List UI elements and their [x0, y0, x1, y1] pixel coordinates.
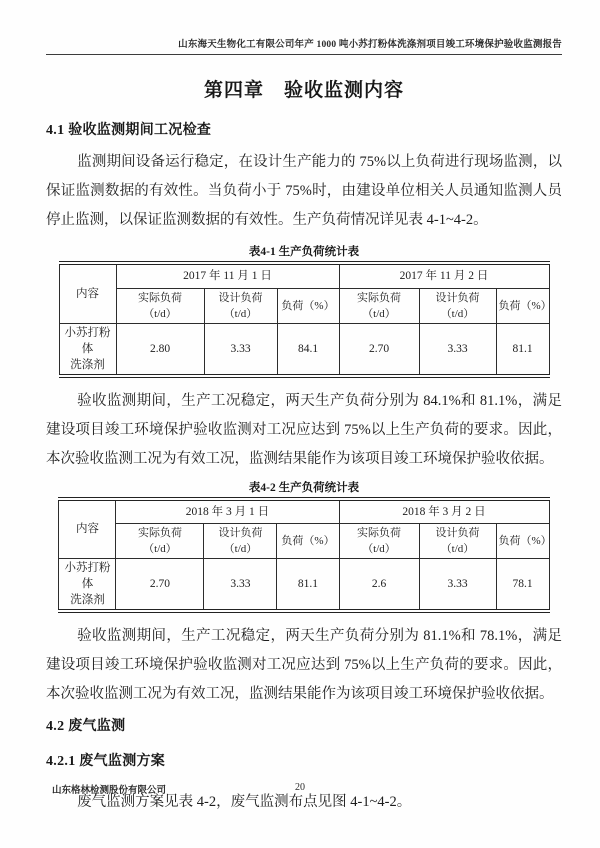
running-header-text: 山东海天生物化工有限公司年产 1000 吨小苏打粉体洗涤剂项目竣工环境保护验收监…: [178, 40, 562, 50]
table-row: 小苏打粉体 洗涤剂 2.70 3.33 81.1 2.6 3.33 78.1: [59, 559, 549, 612]
page-header: 山东海天生物化工有限公司年产 1000 吨小苏打粉体洗涤剂项目竣工环境保护验收监…: [46, 0, 562, 55]
table-row: 实际负荷 （t/d） 设计负荷 （t/d） 负荷（%） 实际负荷 （t/d） 设…: [59, 524, 549, 559]
cell-value: 2.6: [339, 559, 419, 612]
col-header-load-percent: 负荷（%）: [277, 524, 339, 559]
cell-value: 81.1: [496, 323, 549, 376]
row-label: 小苏打粉体 洗涤剂: [59, 559, 116, 612]
cell-value: 3.33: [419, 559, 496, 612]
table-4-1-caption: 表4-1 生产负荷统计表: [46, 243, 562, 259]
chapter-title: 第四章 验收监测内容: [46, 75, 562, 102]
date-group-header: 2017 年 11 月 1 日: [116, 263, 339, 288]
section-4-2-1-heading: 4.2.1 废气监测方案: [46, 750, 562, 770]
col-header-actual-load: 实际负荷 （t/d）: [339, 524, 419, 559]
cell-value: 3.33: [204, 559, 277, 612]
paragraph-load-conclusion-2018: 验收监测期间，生产工况稳定，两天生产负荷分别为 81.1%和 78.1%，满足建…: [46, 622, 562, 709]
col-header-design-load: 设计负荷 （t/d）: [204, 524, 277, 559]
page-footer: 山东格林检测股份有限公司 20: [0, 782, 600, 798]
date-group-header: 2018 年 3 月 2 日: [339, 499, 549, 524]
paragraph-load-conclusion-2017: 验收监测期间，生产工况稳定，两天生产负荷分别为 84.1%和 81.1%，满足建…: [46, 387, 562, 474]
table-row: 内容 2017 年 11 月 1 日 2017 年 11 月 2 日: [59, 263, 549, 288]
col-header-actual-load: 实际负荷 （t/d）: [339, 288, 419, 323]
section-4-1-heading: 4.1 验收监测期间工况检查: [46, 119, 562, 139]
cell-value: 2.70: [339, 323, 419, 376]
col-header-load-percent: 负荷（%）: [496, 524, 549, 559]
cell-value: 3.33: [419, 323, 496, 376]
col-header-actual-load: 实际负荷 （t/d）: [116, 288, 204, 323]
table-row: 内容 2018 年 3 月 1 日 2018 年 3 月 2 日: [59, 499, 549, 524]
cell-value: 81.1: [277, 559, 339, 612]
production-load-table-4-2: 内容 2018 年 3 月 1 日 2018 年 3 月 2 日 实际负荷 （t…: [58, 497, 549, 614]
document-page: 山东海天生物化工有限公司年产 1000 吨小苏打粉体洗涤剂项目竣工环境保护验收监…: [0, 0, 600, 848]
date-group-header: 2018 年 3 月 1 日: [116, 499, 339, 524]
corner-cell: 内容: [59, 499, 116, 559]
date-group-header: 2017 年 11 月 2 日: [339, 263, 549, 288]
page-number: 20: [0, 782, 600, 793]
production-load-table-4-1: 内容 2017 年 11 月 1 日 2017 年 11 月 2 日 实际负荷 …: [59, 261, 550, 378]
cell-value: 84.1: [277, 323, 339, 376]
col-header-design-load: 设计负荷 （t/d）: [204, 288, 277, 323]
cell-value: 3.33: [204, 323, 277, 376]
page-content: 第四章 验收监测内容 4.1 验收监测期间工况检查 监测期间设备运行稳定，在设计…: [0, 75, 600, 817]
col-header-design-load: 设计负荷 （t/d）: [419, 288, 496, 323]
table-row: 小苏打粉体 洗涤剂 2.80 3.33 84.1 2.70 3.33 81.1: [59, 323, 549, 376]
table-row: 实际负荷 （t/d） 设计负荷 （t/d） 负荷（%） 实际负荷 （t/d） 设…: [59, 288, 549, 323]
col-header-load-percent: 负荷（%）: [277, 288, 339, 323]
col-header-actual-load: 实际负荷 （t/d）: [116, 524, 204, 559]
corner-cell: 内容: [59, 263, 116, 323]
paragraph-working-condition-check: 监测期间设备运行稳定，在设计生产能力的 75%以上负荷进行现场监测，以保证监测数…: [46, 148, 562, 235]
cell-value: 2.70: [116, 559, 204, 612]
col-header-load-percent: 负荷（%）: [496, 288, 549, 323]
section-4-2-heading: 4.2 废气监测: [46, 715, 562, 735]
table-4-2-caption: 表4-2 生产负荷统计表: [46, 479, 562, 495]
cell-value: 78.1: [496, 559, 549, 612]
cell-value: 2.80: [116, 323, 204, 376]
row-label: 小苏打粉体 洗涤剂: [59, 323, 116, 376]
col-header-design-load: 设计负荷 （t/d）: [419, 524, 496, 559]
